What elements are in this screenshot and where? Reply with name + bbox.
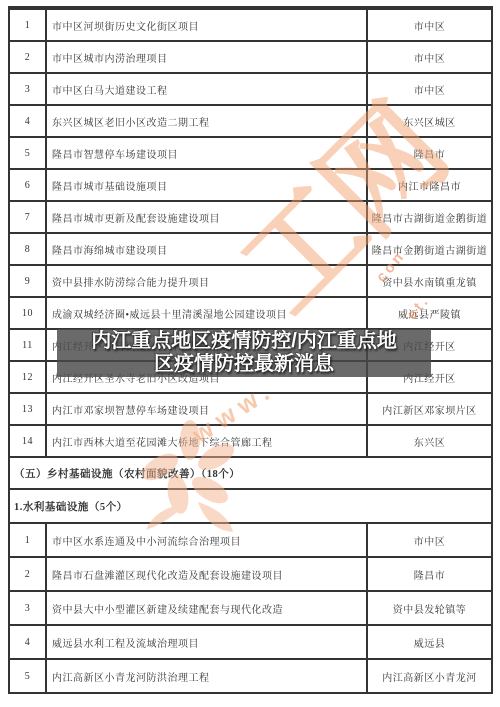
project-name: 成渝双城经济圈•威远县十里清溪湿地公园建设项目 — [47, 298, 368, 328]
row-number: 10 — [10, 298, 47, 328]
project-location: 威远县严陵镇 — [368, 298, 491, 328]
project-location: 市中区 — [368, 524, 491, 556]
project-location: 隆昌市 — [368, 138, 491, 168]
row-number: 11 — [10, 330, 47, 360]
project-name: 资中县大中小型灌区新建及续建配套与现代化改造 — [47, 592, 368, 624]
row-number: 2 — [10, 558, 47, 590]
project-location: 市中区 — [368, 42, 491, 72]
table-row: 4 东兴区城区老旧小区改造二期工程 东兴区城区 — [10, 104, 491, 136]
project-name: 资中县排水防涝综合能力提升项目 — [47, 266, 368, 296]
project-location: 东兴区城区 — [368, 106, 491, 136]
table-row: 8 隆昌市海绵城市建设项目 隆昌市金鹅街道古湖街道 — [10, 232, 491, 264]
table-row: 13 内江市邓家坝智慧停车场建设项目 内江新区邓家坝片区 — [10, 392, 491, 424]
table-row: 5 内江高新区小青龙河防洪治理工程 内江高新区小青龙河 — [10, 658, 491, 692]
headline-overlay: 内江重点地区疫情防控/内江重点地 区疫情防控最新消息 — [57, 329, 431, 377]
project-location: 隆昌市 — [368, 558, 491, 590]
project-location: 市中区 — [368, 10, 491, 40]
subsection-header: 1.水利基础设施（5个） — [10, 490, 491, 522]
project-location: 内江高新区小青龙河 — [368, 660, 491, 692]
table-row: 4 威远县水利工程及流域治理项目 威远县 — [10, 624, 491, 658]
table-row: 5 隆昌市智慧停车场建设项目 隆昌市 — [10, 136, 491, 168]
table-row: 3 资中县大中小型灌区新建及续建配套与现代化改造 资中县发轮镇等 — [10, 590, 491, 624]
row-number: 4 — [10, 626, 47, 658]
project-name: 市中区城市内涝治理项目 — [47, 42, 368, 72]
project-name: 市中区水系连通及中小河流综合治理项目 — [47, 524, 368, 556]
section-header-row: （五）乡村基础设施（农村面貌改善）（18个） — [10, 456, 491, 488]
row-number: 9 — [10, 266, 47, 296]
table-row: 1 市中区水系连通及中小河流综合治理项目 市中区 — [10, 522, 491, 556]
project-name: 市中区白马大道建设工程 — [47, 74, 368, 104]
table-row: 6 隆昌市城市基础设施项目 内江市隆昌市 — [10, 168, 491, 200]
table-row: 14 内江市西林大道至花园滩大桥地下综合管廊工程 东兴区 — [10, 424, 491, 456]
urban-projects-rows: 1 市中区河坝街历史文化街区项目 市中区 2 市中区城市内涝治理项目 市中区 3… — [10, 8, 491, 456]
row-number: 5 — [10, 660, 47, 692]
table-row: 2 隆昌市石盘滩灌区现代化改造及配套设施建设项目 隆昌市 — [10, 556, 491, 590]
headline-line-2: 区疫情防控最新消息 — [154, 353, 334, 376]
row-number: 12 — [10, 362, 47, 392]
table-row: 2 市中区城市内涝治理项目 市中区 — [10, 40, 491, 72]
row-number: 7 — [10, 202, 47, 232]
page-root: 1 市中区河坝街历史文化街区项目 市中区 2 市中区城市内涝治理项目 市中区 3… — [0, 0, 500, 707]
table-row: 3 市中区白马大道建设工程 市中区 — [10, 72, 491, 104]
row-number: 8 — [10, 234, 47, 264]
project-name: 内江市西林大道至花园滩大桥地下综合管廊工程 — [47, 426, 368, 456]
project-location: 隆昌市古湖街道金鹅街道 — [368, 202, 491, 232]
project-name: 隆昌市海绵城市建设项目 — [47, 234, 368, 264]
project-location: 内江新区邓家坝片区 — [368, 394, 491, 424]
project-location: 内江市隆昌市 — [368, 170, 491, 200]
water-projects-rows: 1 市中区水系连通及中小河流综合治理项目 市中区 2 隆昌市石盘滩灌区现代化改造… — [10, 522, 491, 692]
project-name: 隆昌市城市基础设施项目 — [47, 170, 368, 200]
row-number: 5 — [10, 138, 47, 168]
project-name: 内江高新区小青龙河防洪治理工程 — [47, 660, 368, 692]
project-name: 内江市邓家坝智慧停车场建设项目 — [47, 394, 368, 424]
row-number: 1 — [10, 524, 47, 556]
project-name: 市中区河坝街历史文化街区项目 — [47, 10, 368, 40]
row-number: 6 — [10, 170, 47, 200]
project-name: 隆昌市城市更新及配套设施建设项目 — [47, 202, 368, 232]
project-location: 市中区 — [368, 74, 491, 104]
project-location: 资中县水南镇重龙镇 — [368, 266, 491, 296]
project-name: 隆昌市石盘滩灌区现代化改造及配套设施建设项目 — [47, 558, 368, 590]
section-header: （五）乡村基础设施（农村面貌改善）（18个） — [10, 458, 491, 488]
project-location: 资中县发轮镇等 — [368, 592, 491, 624]
project-location: 东兴区 — [368, 426, 491, 456]
row-number: 1 — [10, 10, 47, 40]
project-location: 隆昌市金鹅街道古湖街道 — [368, 234, 491, 264]
row-number: 3 — [10, 74, 47, 104]
table-row: 7 隆昌市城市更新及配套设施建设项目 隆昌市古湖街道金鹅街道 — [10, 200, 491, 232]
table-row: 1 市中区河坝街历史文化街区项目 市中区 — [10, 8, 491, 40]
project-name: 威远县水利工程及流域治理项目 — [47, 626, 368, 658]
subsection-header-row: 1.水利基础设施（5个） — [10, 488, 491, 522]
row-number: 3 — [10, 592, 47, 624]
row-number: 14 — [10, 426, 47, 456]
row-number: 4 — [10, 106, 47, 136]
table-row: 10 成渝双城经济圈•威远县十里清溪湿地公园建设项目 威远县严陵镇 — [10, 296, 491, 328]
row-number: 13 — [10, 394, 47, 424]
table-row: 9 资中县排水防涝综合能力提升项目 资中县水南镇重龙镇 — [10, 264, 491, 296]
headline-line-1: 内江重点地区疫情防控/内江重点地 — [91, 330, 397, 353]
project-name: 隆昌市智慧停车场建设项目 — [47, 138, 368, 168]
project-location: 威远县 — [368, 626, 491, 658]
row-number: 2 — [10, 42, 47, 72]
project-name: 东兴区城区老旧小区改造二期工程 — [47, 106, 368, 136]
